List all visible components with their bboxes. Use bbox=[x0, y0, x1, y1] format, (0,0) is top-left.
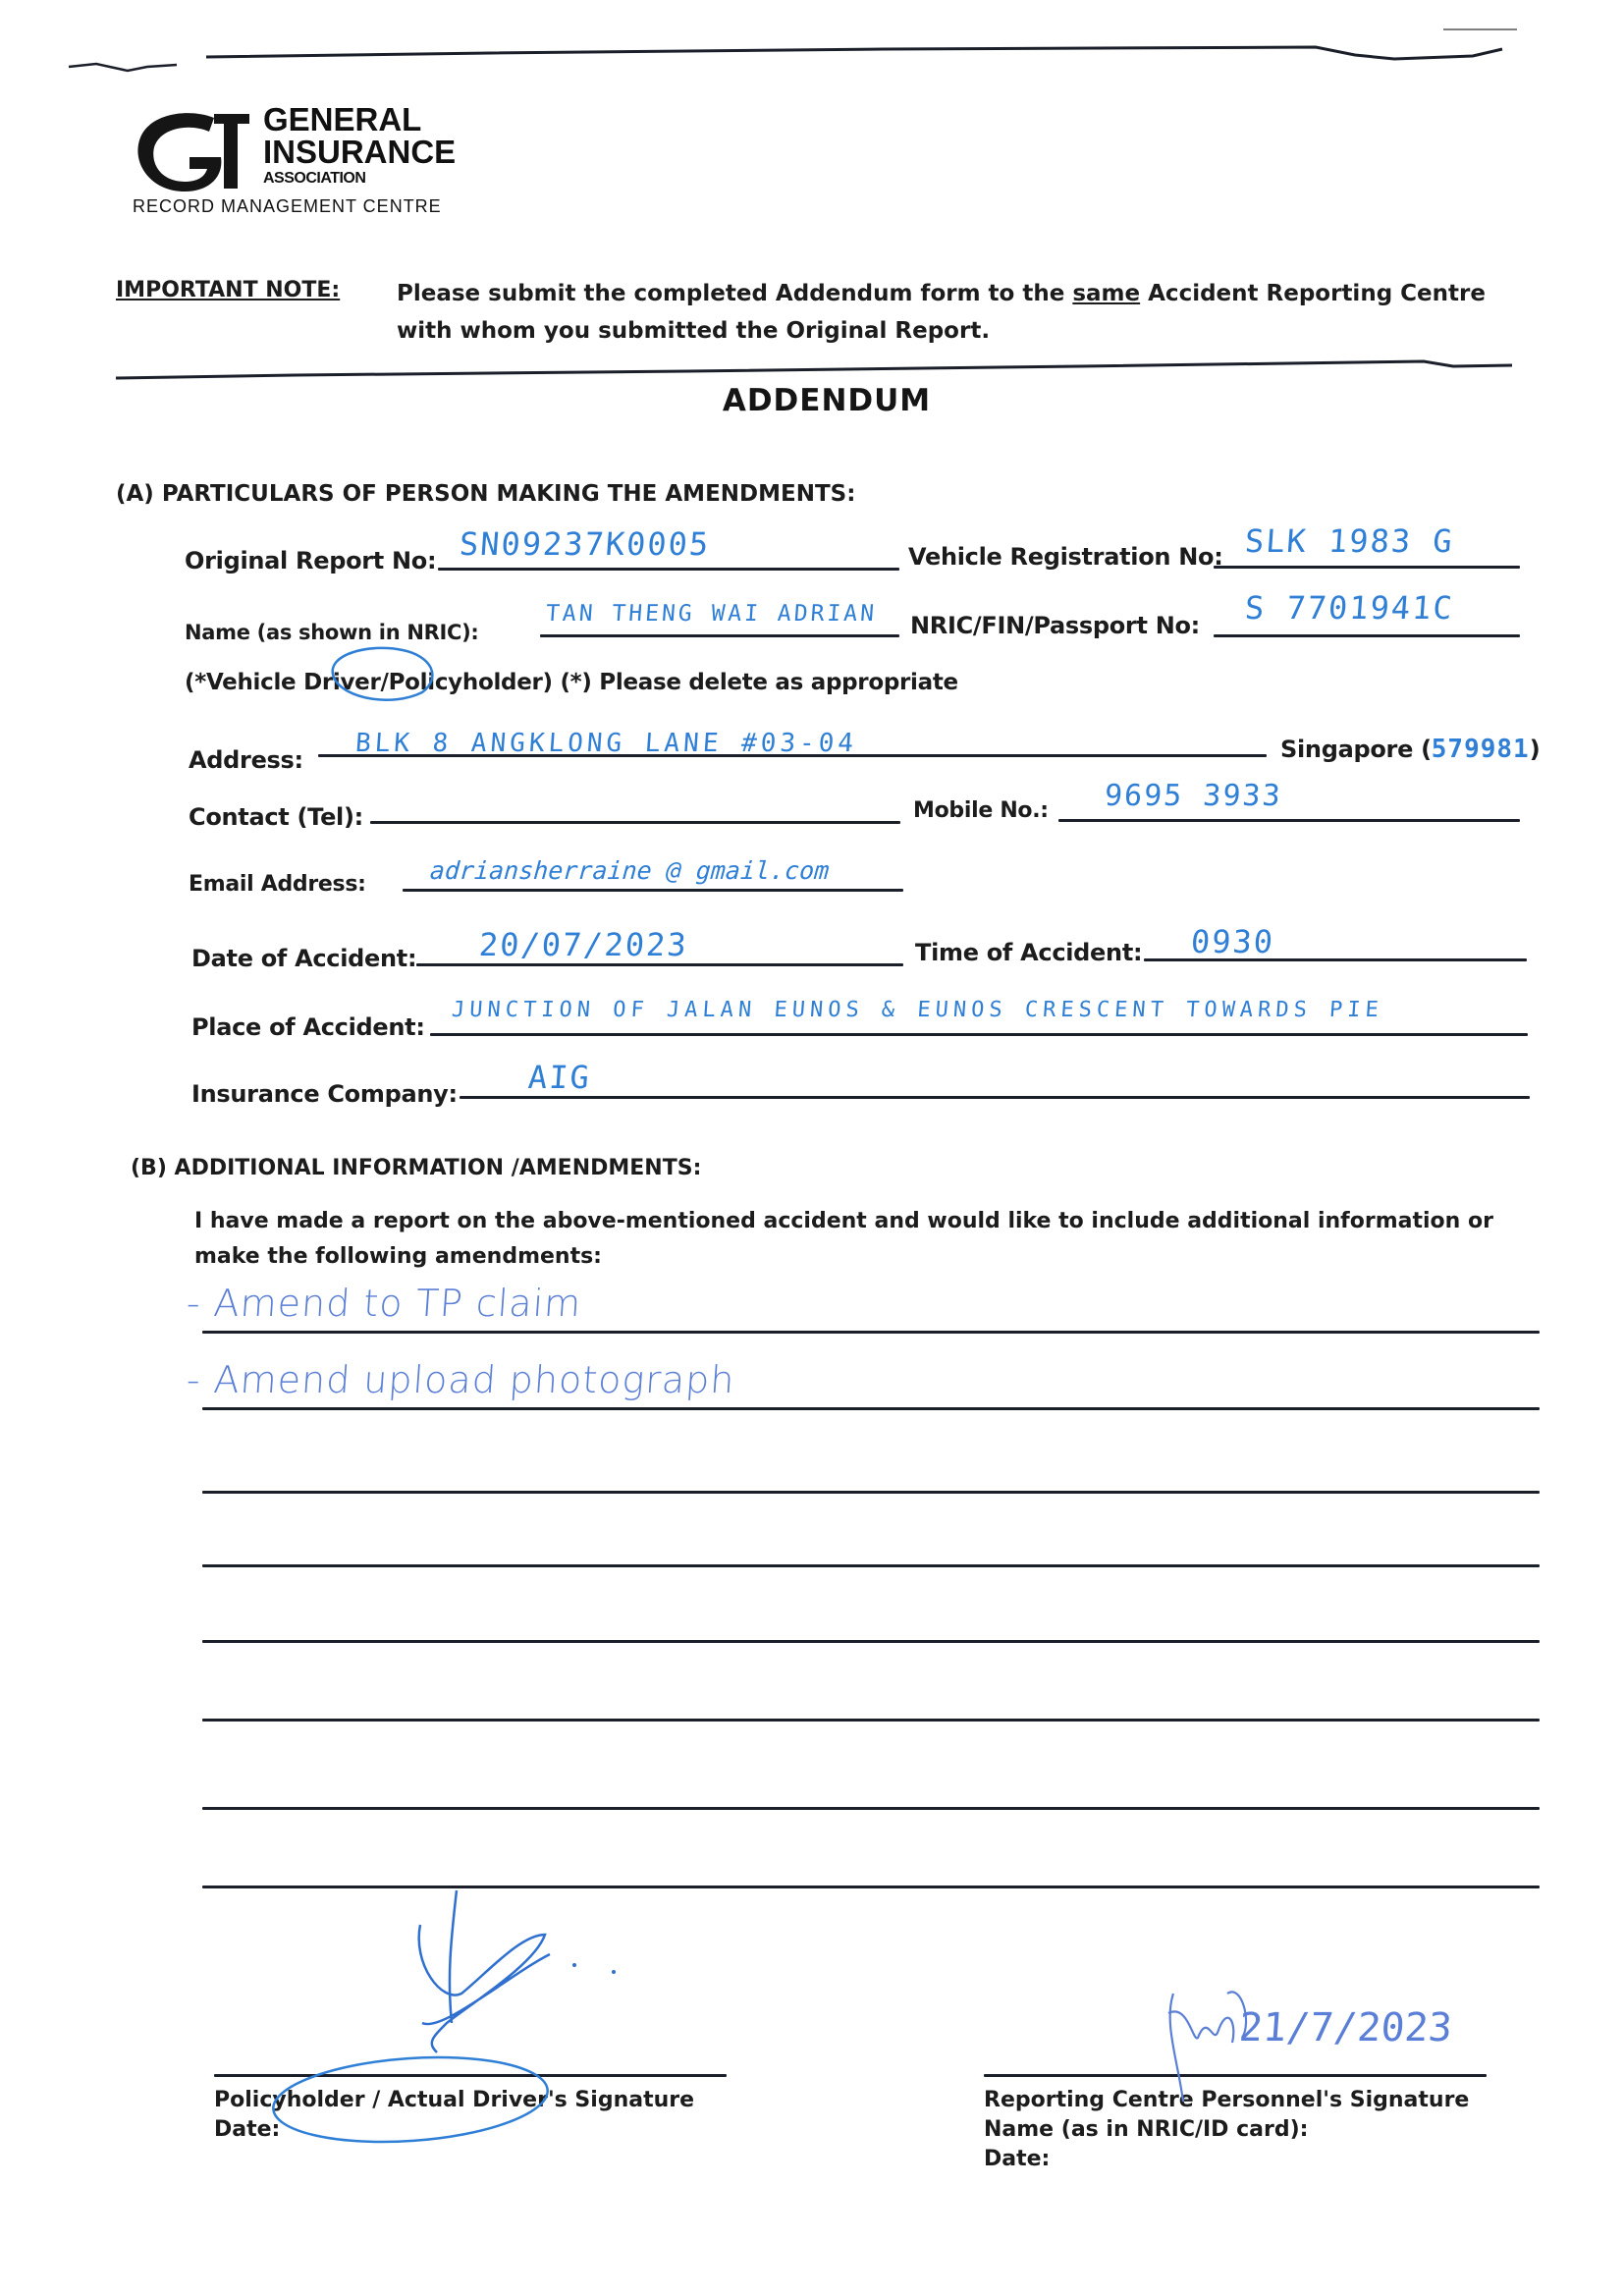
logo-wordmark: GENERAL INSURANCE ASSOCIATION bbox=[263, 103, 456, 187]
top-border-line bbox=[0, 0, 1624, 118]
amendment-line[interactable] bbox=[202, 1807, 1540, 1810]
personnel-handwritten-date: 21/7/2023 bbox=[1237, 2005, 1453, 2050]
nric-line bbox=[1214, 634, 1520, 637]
driver-date-label: Date: bbox=[214, 2115, 694, 2145]
insurance-company-line bbox=[460, 1096, 1530, 1099]
email-line bbox=[403, 889, 903, 892]
nric-label: NRIC/FIN/Passport No: bbox=[910, 612, 1200, 639]
note-text-pre: Please submit the completed Addendum for… bbox=[397, 281, 1072, 306]
logo-line-1: GENERAL bbox=[263, 103, 456, 136]
personnel-signature-label: Reporting Centre Personnel's Signature bbox=[984, 2086, 1469, 2115]
personnel-signature-block: Reporting Centre Personnel's Signature N… bbox=[984, 2086, 1469, 2174]
mobile-line bbox=[1058, 819, 1520, 822]
name-field[interactable]: TAN THENG WAI ADRIAN bbox=[545, 601, 878, 627]
contact-tel-label: Contact (Tel): bbox=[189, 803, 363, 831]
original-report-field[interactable]: SN09237K0005 bbox=[459, 525, 712, 563]
insurance-company-field[interactable]: AIG bbox=[527, 1059, 592, 1096]
singapore-close: ) bbox=[1530, 736, 1541, 763]
driver-signature-block: Policyholder / Actual Driver's Signature… bbox=[214, 2086, 694, 2145]
role-selection[interactable]: (*Vehicle Driver/Policyholder) (*) Pleas… bbox=[185, 670, 958, 695]
important-note-label: IMPORTANT NOTE: bbox=[116, 278, 340, 302]
amendment-line[interactable] bbox=[202, 1719, 1540, 1722]
section-a-heading: (A) PARTICULARS OF PERSON MAKING THE AME… bbox=[116, 481, 855, 507]
nric-field[interactable]: S 7701941C bbox=[1244, 589, 1455, 627]
name-label: Name (as shown in NRIC): bbox=[185, 621, 479, 644]
original-report-label: Original Report No: bbox=[185, 547, 436, 574]
time-of-accident-label: Time of Accident: bbox=[915, 939, 1142, 966]
amendment-line[interactable] bbox=[202, 1407, 1540, 1410]
important-note-text: Please submit the completed Addendum for… bbox=[397, 275, 1516, 350]
place-of-accident-line bbox=[430, 1033, 1528, 1036]
driver-signature-mark bbox=[419, 1890, 550, 2052]
place-of-accident-label: Place of Accident: bbox=[191, 1013, 425, 1041]
postal-code-field[interactable]: 579981 bbox=[1432, 735, 1530, 764]
amendment-line[interactable] bbox=[202, 1886, 1540, 1888]
singapore-label: Singapore (579981) bbox=[1280, 735, 1540, 764]
amendment-text[interactable]: - Amend to TP claim bbox=[185, 1282, 582, 1325]
personnel-date-label: Date: bbox=[984, 2145, 1469, 2174]
logo-subtitle: RECORD MANAGEMENT CENTRE bbox=[133, 196, 442, 217]
email-label: Email Address: bbox=[189, 872, 366, 897]
logo-line-3: ASSOCIATION bbox=[263, 171, 456, 187]
time-of-accident-field[interactable]: 0930 bbox=[1190, 923, 1276, 960]
date-of-accident-line bbox=[416, 963, 903, 966]
original-report-line bbox=[438, 568, 899, 571]
insurance-company-label: Insurance Company: bbox=[191, 1080, 458, 1108]
logo-line-2: INSURANCE bbox=[263, 136, 456, 168]
driver-signature-label: Policyholder / Actual Driver's Signature bbox=[214, 2086, 694, 2115]
vehicle-reg-label: Vehicle Registration No: bbox=[908, 543, 1223, 571]
address-field[interactable]: BLK 8 ANGKLONG LANE #03-04 bbox=[354, 729, 858, 758]
vehicle-reg-line bbox=[1214, 566, 1520, 569]
page-title: ADDENDUM bbox=[0, 383, 1624, 418]
email-field[interactable]: adriansherraine @ gmail.com bbox=[429, 856, 830, 885]
amendment-line[interactable] bbox=[202, 1491, 1540, 1494]
date-of-accident-field[interactable]: 20/07/2023 bbox=[478, 926, 689, 963]
personnel-signature-line bbox=[984, 2074, 1487, 2077]
date-of-accident-label: Date of Accident: bbox=[191, 945, 416, 972]
amendment-line[interactable] bbox=[202, 1331, 1540, 1334]
amendment-text[interactable]: - Amend upload photograph bbox=[185, 1358, 736, 1401]
place-of-accident-field[interactable]: JUNCTION OF JALAN EUNOS & EUNOS CRESCENT… bbox=[451, 998, 1383, 1022]
gia-logo-icon bbox=[131, 108, 258, 198]
contact-tel-line[interactable] bbox=[370, 821, 900, 824]
section-b-heading: (B) ADDITIONAL INFORMATION /AMENDMENTS: bbox=[131, 1156, 701, 1180]
personnel-name-label: Name (as in NRIC/ID card): bbox=[984, 2115, 1469, 2145]
section-b-intro: I have made a report on the above-mentio… bbox=[194, 1204, 1540, 1275]
mobile-field[interactable]: 9695 3933 bbox=[1104, 779, 1283, 813]
singapore-text: Singapore ( bbox=[1280, 736, 1432, 763]
driver-signature-line bbox=[214, 2074, 727, 2077]
name-line bbox=[540, 634, 899, 637]
amendment-line[interactable] bbox=[202, 1564, 1540, 1567]
address-label: Address: bbox=[189, 746, 303, 774]
mobile-label: Mobile No.: bbox=[913, 798, 1049, 823]
note-text-emphasis: same bbox=[1072, 281, 1140, 306]
vehicle-reg-field[interactable]: SLK 1983 G bbox=[1244, 522, 1455, 560]
amendment-line[interactable] bbox=[202, 1640, 1540, 1643]
